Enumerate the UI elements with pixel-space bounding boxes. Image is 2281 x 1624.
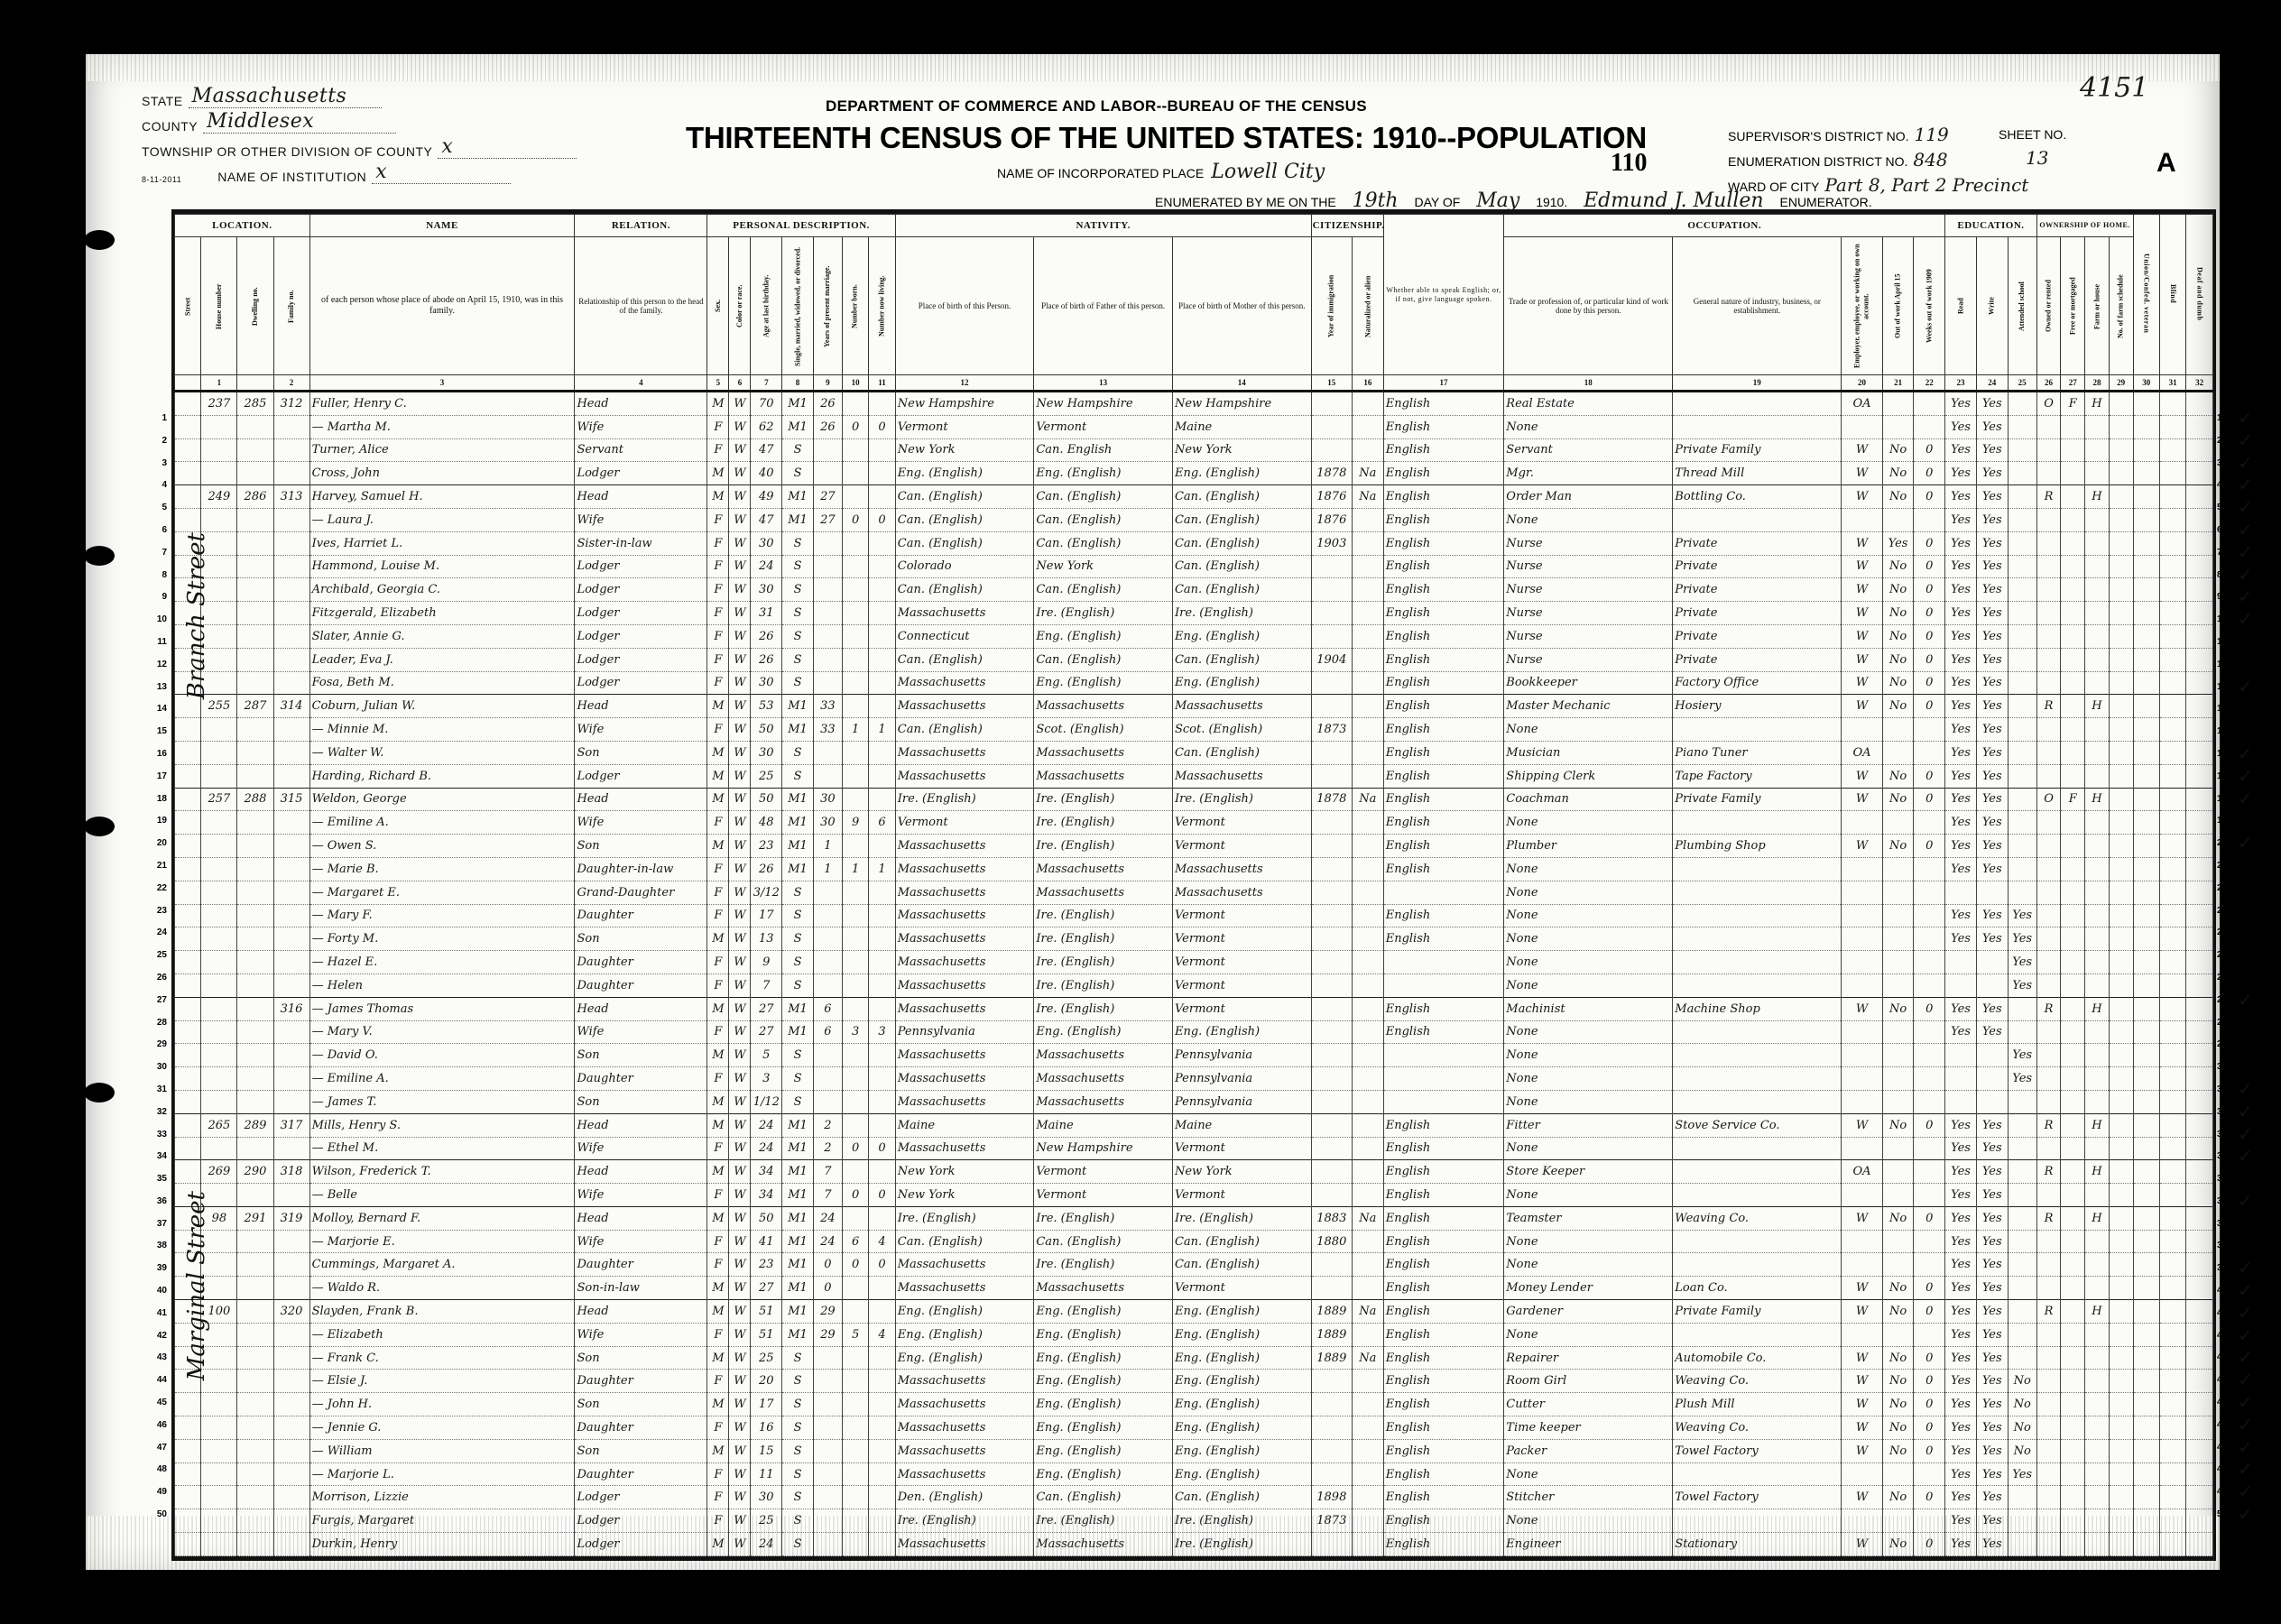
cell-free: F xyxy=(2061,392,2085,416)
cell-house xyxy=(201,1067,237,1091)
cell-living xyxy=(869,695,895,718)
cell-lang: English xyxy=(1383,1416,1504,1440)
cell-fbp: Eng. (English) xyxy=(1034,1370,1173,1393)
cell-name: — Emiline A. xyxy=(309,1067,575,1091)
cell-lang: English xyxy=(1383,1439,1504,1463)
cell-occ: Real Estate xyxy=(1504,392,1673,416)
cell-age: 40 xyxy=(751,462,782,485)
cell-own xyxy=(2036,555,2061,578)
cell-name: — Hazel E. xyxy=(309,951,575,974)
cell-emp xyxy=(1842,881,1882,904)
check-mark xyxy=(2238,878,2253,900)
cell-nat xyxy=(1353,1393,1384,1416)
cell-wks: 0 xyxy=(1914,531,1945,555)
line-number: 29 xyxy=(151,1034,167,1057)
cell-marital: M1 xyxy=(782,508,814,531)
cell-nat xyxy=(1353,835,1384,858)
cell-sched xyxy=(2109,1137,2133,1160)
township-value: x xyxy=(438,135,577,159)
cell-farm xyxy=(2085,811,2110,835)
check-mark xyxy=(2238,632,2253,654)
cell-mbp: Eng. (English) xyxy=(1172,1300,1311,1324)
table-row: 265289317Mills, Henry S.HeadMW24M12Maine… xyxy=(175,1113,2213,1137)
cell-marital: S xyxy=(782,602,814,625)
cell-race: W xyxy=(729,695,751,718)
cell-sex: M xyxy=(707,997,729,1020)
cell-deaf xyxy=(2186,904,2213,927)
cell-immig xyxy=(1311,811,1352,835)
cell-free xyxy=(2061,1206,2085,1230)
cell-race: W xyxy=(729,1370,751,1393)
cell-emp xyxy=(1842,1090,1882,1113)
table-row: 237285312Fuller, Henry C.HeadMW70M126New… xyxy=(175,392,2213,416)
cell-wks: 0 xyxy=(1914,788,1945,811)
cell-bp: Ire. (English) xyxy=(895,788,1034,811)
cell-blind xyxy=(2159,1206,2185,1230)
cell-wks xyxy=(1914,973,1945,997)
check-mark: ✓ xyxy=(2238,990,2253,1012)
cell-write: Yes xyxy=(1976,438,2008,462)
cell-lang xyxy=(1383,951,1504,974)
check-mark xyxy=(2238,810,2253,833)
cell-family xyxy=(273,602,309,625)
table-row: — Jennie G.DaughterFW16SMassachusettsEng… xyxy=(175,1416,2213,1440)
cell-born: 1 xyxy=(842,857,868,881)
cell-living xyxy=(869,1277,895,1300)
cell-read: Yes xyxy=(1945,1463,1977,1486)
cell-read: Yes xyxy=(1945,1253,1977,1277)
cell-blind xyxy=(2159,1184,2185,1207)
cell-family xyxy=(273,1277,309,1300)
cell-dwelling xyxy=(237,1090,273,1113)
cell-nat xyxy=(1353,531,1384,555)
cell-blind xyxy=(2159,1533,2185,1556)
cell-ind: Weaving Co. xyxy=(1673,1416,1842,1440)
cell-own xyxy=(2036,578,2061,602)
column-number: 26 xyxy=(2036,375,2061,392)
cell-dwelling xyxy=(237,1044,273,1067)
cell-street xyxy=(175,1137,201,1160)
cell-wks: 0 xyxy=(1914,1206,1945,1230)
cell-unemp xyxy=(1882,951,1914,974)
cell-write: Yes xyxy=(1976,392,2008,416)
cell-read: Yes xyxy=(1945,1184,1977,1207)
cell-street xyxy=(175,1533,201,1556)
cell-unemp xyxy=(1882,718,1914,742)
cell-free xyxy=(2061,1067,2085,1091)
cell-house: 249 xyxy=(201,485,237,509)
cell-house xyxy=(201,857,237,881)
cell-sched xyxy=(2109,1253,2133,1277)
cell-race: W xyxy=(729,1463,751,1486)
cell-school xyxy=(2008,1160,2036,1184)
cell-lang: English xyxy=(1383,415,1504,438)
cell-race: W xyxy=(729,764,751,788)
cell-read: Yes xyxy=(1945,602,1977,625)
cell-marital: M1 xyxy=(782,788,814,811)
cell-race: W xyxy=(729,648,751,671)
cell-age: 11 xyxy=(751,1463,782,1486)
cell-age: 1/12 xyxy=(751,1090,782,1113)
cell-read: Yes xyxy=(1945,578,1977,602)
cell-dwelling xyxy=(237,1020,273,1044)
cell-lang: English xyxy=(1383,811,1504,835)
cell-farm xyxy=(2085,1090,2110,1113)
cell-sched xyxy=(2109,951,2133,974)
cell-age: 30 xyxy=(751,578,782,602)
cell-read: Yes xyxy=(1945,835,1977,858)
cell-marital: S xyxy=(782,1044,814,1067)
cell-nat xyxy=(1353,764,1384,788)
cell-marital: M1 xyxy=(782,1206,814,1230)
cell-family xyxy=(273,1044,309,1067)
cell-race: W xyxy=(729,555,751,578)
cell-race: W xyxy=(729,927,751,951)
cell-ind xyxy=(1673,1509,1842,1533)
cell-relation: Lodger xyxy=(575,1509,707,1533)
check-mark: ✓ xyxy=(2238,1392,2253,1415)
cell-name: — Forty M. xyxy=(309,927,575,951)
line-number: 32 xyxy=(2217,1102,2233,1124)
house-number-col: House number xyxy=(201,237,237,375)
cell-race: W xyxy=(729,485,751,509)
line-number: 38 xyxy=(151,1235,167,1258)
cell-bp: Ire. (English) xyxy=(895,1206,1034,1230)
cell-ind: Plumbing Shop xyxy=(1673,835,1842,858)
check-mark: ✓ xyxy=(2238,833,2253,855)
cell-mbp: Massachusetts xyxy=(1172,881,1311,904)
cell-born xyxy=(842,835,868,858)
cell-deaf xyxy=(2186,764,2213,788)
cell-lang: English xyxy=(1383,1113,1504,1137)
cell-living xyxy=(869,555,895,578)
cell-living xyxy=(869,881,895,904)
cell-read: Yes xyxy=(1945,1137,1977,1160)
out-of-work-col: Out of work April 15 xyxy=(1882,237,1914,375)
cell-family xyxy=(273,973,309,997)
table-row: — WilliamSonMW15SMassachusettsEng. (Engl… xyxy=(175,1439,2213,1463)
cell-occ: None xyxy=(1504,508,1673,531)
cell-blind xyxy=(2159,438,2185,462)
cell-bp: Can. (English) xyxy=(895,508,1034,531)
cell-street xyxy=(175,1044,201,1067)
cell-born xyxy=(842,648,868,671)
department-heading: DEPARTMENT OF COMMERCE AND LABOR--BUREAU… xyxy=(826,97,1367,115)
cell-blind xyxy=(2159,1463,2185,1486)
cell-yrs xyxy=(813,462,842,485)
cell-house xyxy=(201,1509,237,1533)
cell-free xyxy=(2061,1020,2085,1044)
cell-bp: Massachusetts xyxy=(895,1370,1034,1393)
cell-wks xyxy=(1914,508,1945,531)
cell-ind xyxy=(1673,951,1842,974)
cell-born: 0 xyxy=(842,415,868,438)
cell-wks: 0 xyxy=(1914,835,1945,858)
cell-sched xyxy=(2109,578,2133,602)
cell-vet xyxy=(2133,904,2159,927)
sheet-label: Sheet No. xyxy=(1999,123,2066,146)
cell-unemp xyxy=(1882,881,1914,904)
cell-sex: F xyxy=(707,1184,729,1207)
line-number: 2 xyxy=(151,430,167,453)
cell-occ: None xyxy=(1504,1090,1673,1113)
column-number: 13 xyxy=(1034,375,1173,392)
cell-house xyxy=(201,1533,237,1556)
cell-immig: 1889 xyxy=(1311,1300,1352,1324)
cell-school xyxy=(2008,555,2036,578)
cell-school xyxy=(2008,1113,2036,1137)
district-info: Supervisor's District No.119 Enumeration… xyxy=(1728,123,2028,198)
cell-immig: 1889 xyxy=(1311,1323,1352,1346)
cell-deaf xyxy=(2186,1463,2213,1486)
cell-free xyxy=(2061,1253,2085,1277)
cell-ind: Plush Mill xyxy=(1673,1393,1842,1416)
cell-age: 24 xyxy=(751,1137,782,1160)
cell-school: Yes xyxy=(2008,904,2036,927)
cell-sched xyxy=(2109,392,2133,416)
cell-blind xyxy=(2159,1486,2185,1509)
cell-wks: 0 xyxy=(1914,485,1945,509)
punch-hole xyxy=(84,1083,115,1103)
cell-sex: F xyxy=(707,671,729,695)
cell-immig: 1889 xyxy=(1311,1346,1352,1370)
cell-write: Yes xyxy=(1976,1370,2008,1393)
cell-occ: Teamster xyxy=(1504,1206,1673,1230)
cell-read: Yes xyxy=(1945,531,1977,555)
check-mark xyxy=(2238,900,2253,923)
cell-ind xyxy=(1673,1253,1842,1277)
line-number: 21 xyxy=(2217,855,2233,878)
cell-born xyxy=(842,1346,868,1370)
cell-marital: M1 xyxy=(782,1160,814,1184)
cell-yrs: 0 xyxy=(813,1253,842,1277)
cell-marital: M1 xyxy=(782,695,814,718)
cell-mbp: Eng. (English) xyxy=(1172,1439,1311,1463)
cell-yrs xyxy=(813,555,842,578)
table-row: Cross, JohnLodgerMW40SEng. (English)Eng.… xyxy=(175,462,2213,485)
cell-read: Yes xyxy=(1945,718,1977,742)
citizenship-header: CITIZENSHIP. xyxy=(1311,215,1383,237)
line-number: 36 xyxy=(2217,1191,2233,1213)
cell-wks: 0 xyxy=(1914,462,1945,485)
cell-emp: OA xyxy=(1842,741,1882,764)
cell-school xyxy=(2008,1090,2036,1113)
cell-read: Yes xyxy=(1945,1113,1977,1137)
cell-emp: W xyxy=(1842,1113,1882,1137)
cell-living: 1 xyxy=(869,718,895,742)
check-mark: ✓ xyxy=(2238,520,2253,542)
line-number: 4 xyxy=(2217,475,2233,497)
cell-race: W xyxy=(729,1090,751,1113)
cell-write: Yes xyxy=(1976,997,2008,1020)
cell-emp xyxy=(1842,1323,1882,1346)
cell-read xyxy=(1945,1090,1977,1113)
cell-age: 24 xyxy=(751,1113,782,1137)
cell-sex: M xyxy=(707,835,729,858)
cell-nat xyxy=(1353,1509,1384,1533)
table-row: Fosa, Beth M.LodgerFW30SMassachusettsEng… xyxy=(175,671,2213,695)
check-mark: ✓ xyxy=(2238,408,2253,430)
cell-own xyxy=(2036,811,2061,835)
cell-occ: Gardener xyxy=(1504,1300,1673,1324)
cell-own xyxy=(2036,718,2061,742)
check-mark xyxy=(2238,922,2253,945)
cell-school xyxy=(2008,1137,2036,1160)
cell-read: Yes xyxy=(1945,741,1977,764)
cell-lang: English xyxy=(1383,1346,1504,1370)
census-table: LOCATION. NAME RELATION. PERSONAL DESCRI… xyxy=(171,209,2216,1561)
cell-write: Yes xyxy=(1976,718,2008,742)
cell-vet xyxy=(2133,1463,2159,1486)
cell-relation: Daughter xyxy=(575,1416,707,1440)
cell-living xyxy=(869,1509,895,1533)
cell-nat: Na xyxy=(1353,1300,1384,1324)
cell-unemp: No xyxy=(1882,1206,1914,1230)
line-number: 19 xyxy=(2217,810,2233,833)
cell-family xyxy=(273,624,309,648)
cell-unemp: No xyxy=(1882,1416,1914,1440)
cell-own xyxy=(2036,835,2061,858)
cell-sex: F xyxy=(707,973,729,997)
cell-blind xyxy=(2159,973,2185,997)
cell-fbp: Ire. (English) xyxy=(1034,951,1173,974)
cell-emp xyxy=(1842,508,1882,531)
cell-blind xyxy=(2159,788,2185,811)
cell-unemp: Yes xyxy=(1882,531,1914,555)
check-mark: ✓ xyxy=(2238,1102,2253,1124)
cell-family: 314 xyxy=(273,695,309,718)
cell-immig xyxy=(1311,1137,1352,1160)
cell-farm xyxy=(2085,1486,2110,1509)
color-col: Color or race. xyxy=(729,237,751,375)
cell-wks xyxy=(1914,1463,1945,1486)
cell-ind: Machine Shop xyxy=(1673,997,1842,1020)
cell-immig xyxy=(1311,1044,1352,1067)
cell-name: — James T. xyxy=(309,1090,575,1113)
check-mark xyxy=(2238,1168,2253,1191)
cell-lang: English xyxy=(1383,485,1504,509)
cell-house xyxy=(201,904,237,927)
cell-occ: None xyxy=(1504,973,1673,997)
check-mark: ✓ xyxy=(2238,1146,2253,1168)
cell-own: R xyxy=(2036,1160,2061,1184)
check-mark xyxy=(2238,721,2253,743)
table-row: — Walter W.SonMW30SMassachusettsMassachu… xyxy=(175,741,2213,764)
cell-born xyxy=(842,1067,868,1091)
table-row: — Marie B.Daughter-in-lawFW26M1111Massac… xyxy=(175,857,2213,881)
cell-marital: S xyxy=(782,1393,814,1416)
cell-fbp: Massachusetts xyxy=(1034,1044,1173,1067)
deaf-header: Deaf and dumb xyxy=(2186,215,2213,375)
cell-deaf xyxy=(2186,741,2213,764)
cell-name: Slayden, Frank B. xyxy=(309,1300,575,1324)
cell-dwelling xyxy=(237,1533,273,1556)
cell-sex: M xyxy=(707,1277,729,1300)
cell-occ: None xyxy=(1504,1323,1673,1346)
cell-name: — Marie B. xyxy=(309,857,575,881)
cell-mbp: Massachusetts xyxy=(1172,857,1311,881)
cell-relation: Lodger xyxy=(575,462,707,485)
cell-marital: S xyxy=(782,1463,814,1486)
cell-emp: W xyxy=(1842,531,1882,555)
cell-school xyxy=(2008,1020,2036,1044)
cell-vet xyxy=(2133,508,2159,531)
cell-ind xyxy=(1673,1160,1842,1184)
cell-bp: Maine xyxy=(895,1113,1034,1137)
cell-own xyxy=(2036,1416,2061,1440)
cell-street xyxy=(175,997,201,1020)
cell-sched xyxy=(2109,531,2133,555)
cell-street xyxy=(175,1416,201,1440)
cell-farm xyxy=(2085,602,2110,625)
cell-own xyxy=(2036,415,2061,438)
cell-marital: M1 xyxy=(782,415,814,438)
cell-write: Yes xyxy=(1976,1463,2008,1486)
cell-immig xyxy=(1311,1416,1352,1440)
cell-yrs xyxy=(813,602,842,625)
cell-mbp: Can. (English) xyxy=(1172,531,1311,555)
cell-wks: 0 xyxy=(1914,764,1945,788)
cell-write: Yes xyxy=(1976,741,2008,764)
cell-age: 34 xyxy=(751,1160,782,1184)
cell-sex: F xyxy=(707,881,729,904)
cell-bp: Can. (English) xyxy=(895,1230,1034,1253)
cell-wks xyxy=(1914,392,1945,416)
cell-own: R xyxy=(2036,1300,2061,1324)
cell-bp: Massachusetts xyxy=(895,1393,1034,1416)
cell-deaf xyxy=(2186,997,2213,1020)
cell-mbp: Vermont xyxy=(1172,811,1311,835)
cell-sched xyxy=(2109,1346,2133,1370)
column-number: 5 xyxy=(707,375,729,392)
cell-blind xyxy=(2159,578,2185,602)
cell-farm: H xyxy=(2085,1300,2110,1324)
cell-deaf xyxy=(2186,718,2213,742)
cell-school: No xyxy=(2008,1370,2036,1393)
cell-bp: Massachusetts xyxy=(895,973,1034,997)
cell-read: Yes xyxy=(1945,1416,1977,1440)
scan-edge-top xyxy=(86,54,2220,81)
cell-sex: F xyxy=(707,1509,729,1533)
cell-bp: Massachusetts xyxy=(895,857,1034,881)
cell-unemp: No xyxy=(1882,1439,1914,1463)
cell-write: Yes xyxy=(1976,671,2008,695)
cell-immig: 1903 xyxy=(1311,531,1352,555)
cell-own xyxy=(2036,1463,2061,1486)
cell-born xyxy=(842,951,868,974)
cell-school xyxy=(2008,485,2036,509)
cell-house: 237 xyxy=(201,392,237,416)
cell-unemp: No xyxy=(1882,648,1914,671)
cell-school: Yes xyxy=(2008,1044,2036,1067)
cell-read: Yes xyxy=(1945,997,1977,1020)
cell-free xyxy=(2061,624,2085,648)
cell-yrs xyxy=(813,764,842,788)
table-row: Fitzgerald, ElizabethLodgerFW31SMassachu… xyxy=(175,602,2213,625)
cell-dwelling xyxy=(237,1137,273,1160)
cell-dwelling xyxy=(237,881,273,904)
cell-dwelling: 285 xyxy=(237,392,273,416)
state-label: State xyxy=(142,94,183,108)
cell-own: R xyxy=(2036,997,2061,1020)
cell-write: Yes xyxy=(1976,1253,2008,1277)
cell-yrs: 30 xyxy=(813,811,842,835)
cell-yrs: 24 xyxy=(813,1206,842,1230)
cell-bp: Vermont xyxy=(895,811,1034,835)
cell-living xyxy=(869,1160,895,1184)
cell-lang: English xyxy=(1383,904,1504,927)
cell-deaf xyxy=(2186,624,2213,648)
